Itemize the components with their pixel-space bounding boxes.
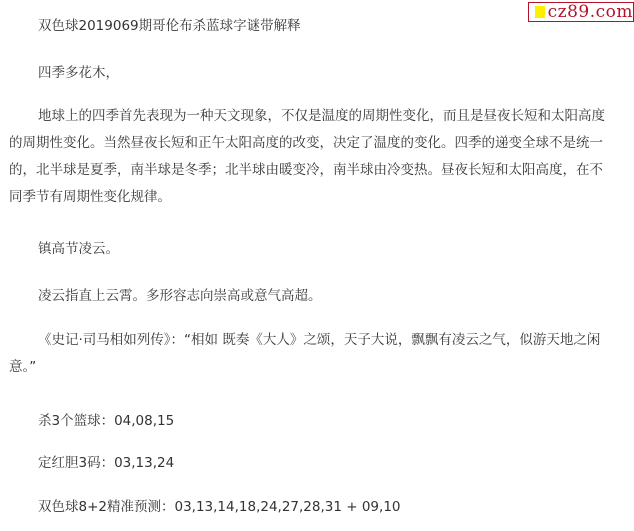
riddle-line-2: 镇高节凌云。: [9, 236, 609, 263]
prediction-numbers: 双色球8+2精准预测：03,13,14,18,24,27,28,31 + 09,…: [9, 494, 609, 521]
red-dan-numbers: 定红胆3码：03,13,24: [9, 450, 609, 477]
article-title: 双色球2019069期哥伦布杀蓝球字谜带解释: [9, 13, 609, 40]
explanation-paragraph-1: 地球上的四季首先表现为一种天文现象，不仅是温度的周期性变化，而且是昼夜长短和太阳…: [9, 103, 609, 211]
quote-paragraph: 《史记·司马相如列传》：“相如 既奏《大人》之颂，天子大说，飘飘有凌云之气，似游…: [9, 327, 609, 381]
kill-blue-balls: 杀3个篮球：04,08,15: [9, 408, 609, 435]
explanation-paragraph-2: 凌云指直上云霄。多形容志向崇高或意气高超。: [9, 283, 609, 310]
riddle-line-1: 四季多花木，: [9, 60, 609, 87]
